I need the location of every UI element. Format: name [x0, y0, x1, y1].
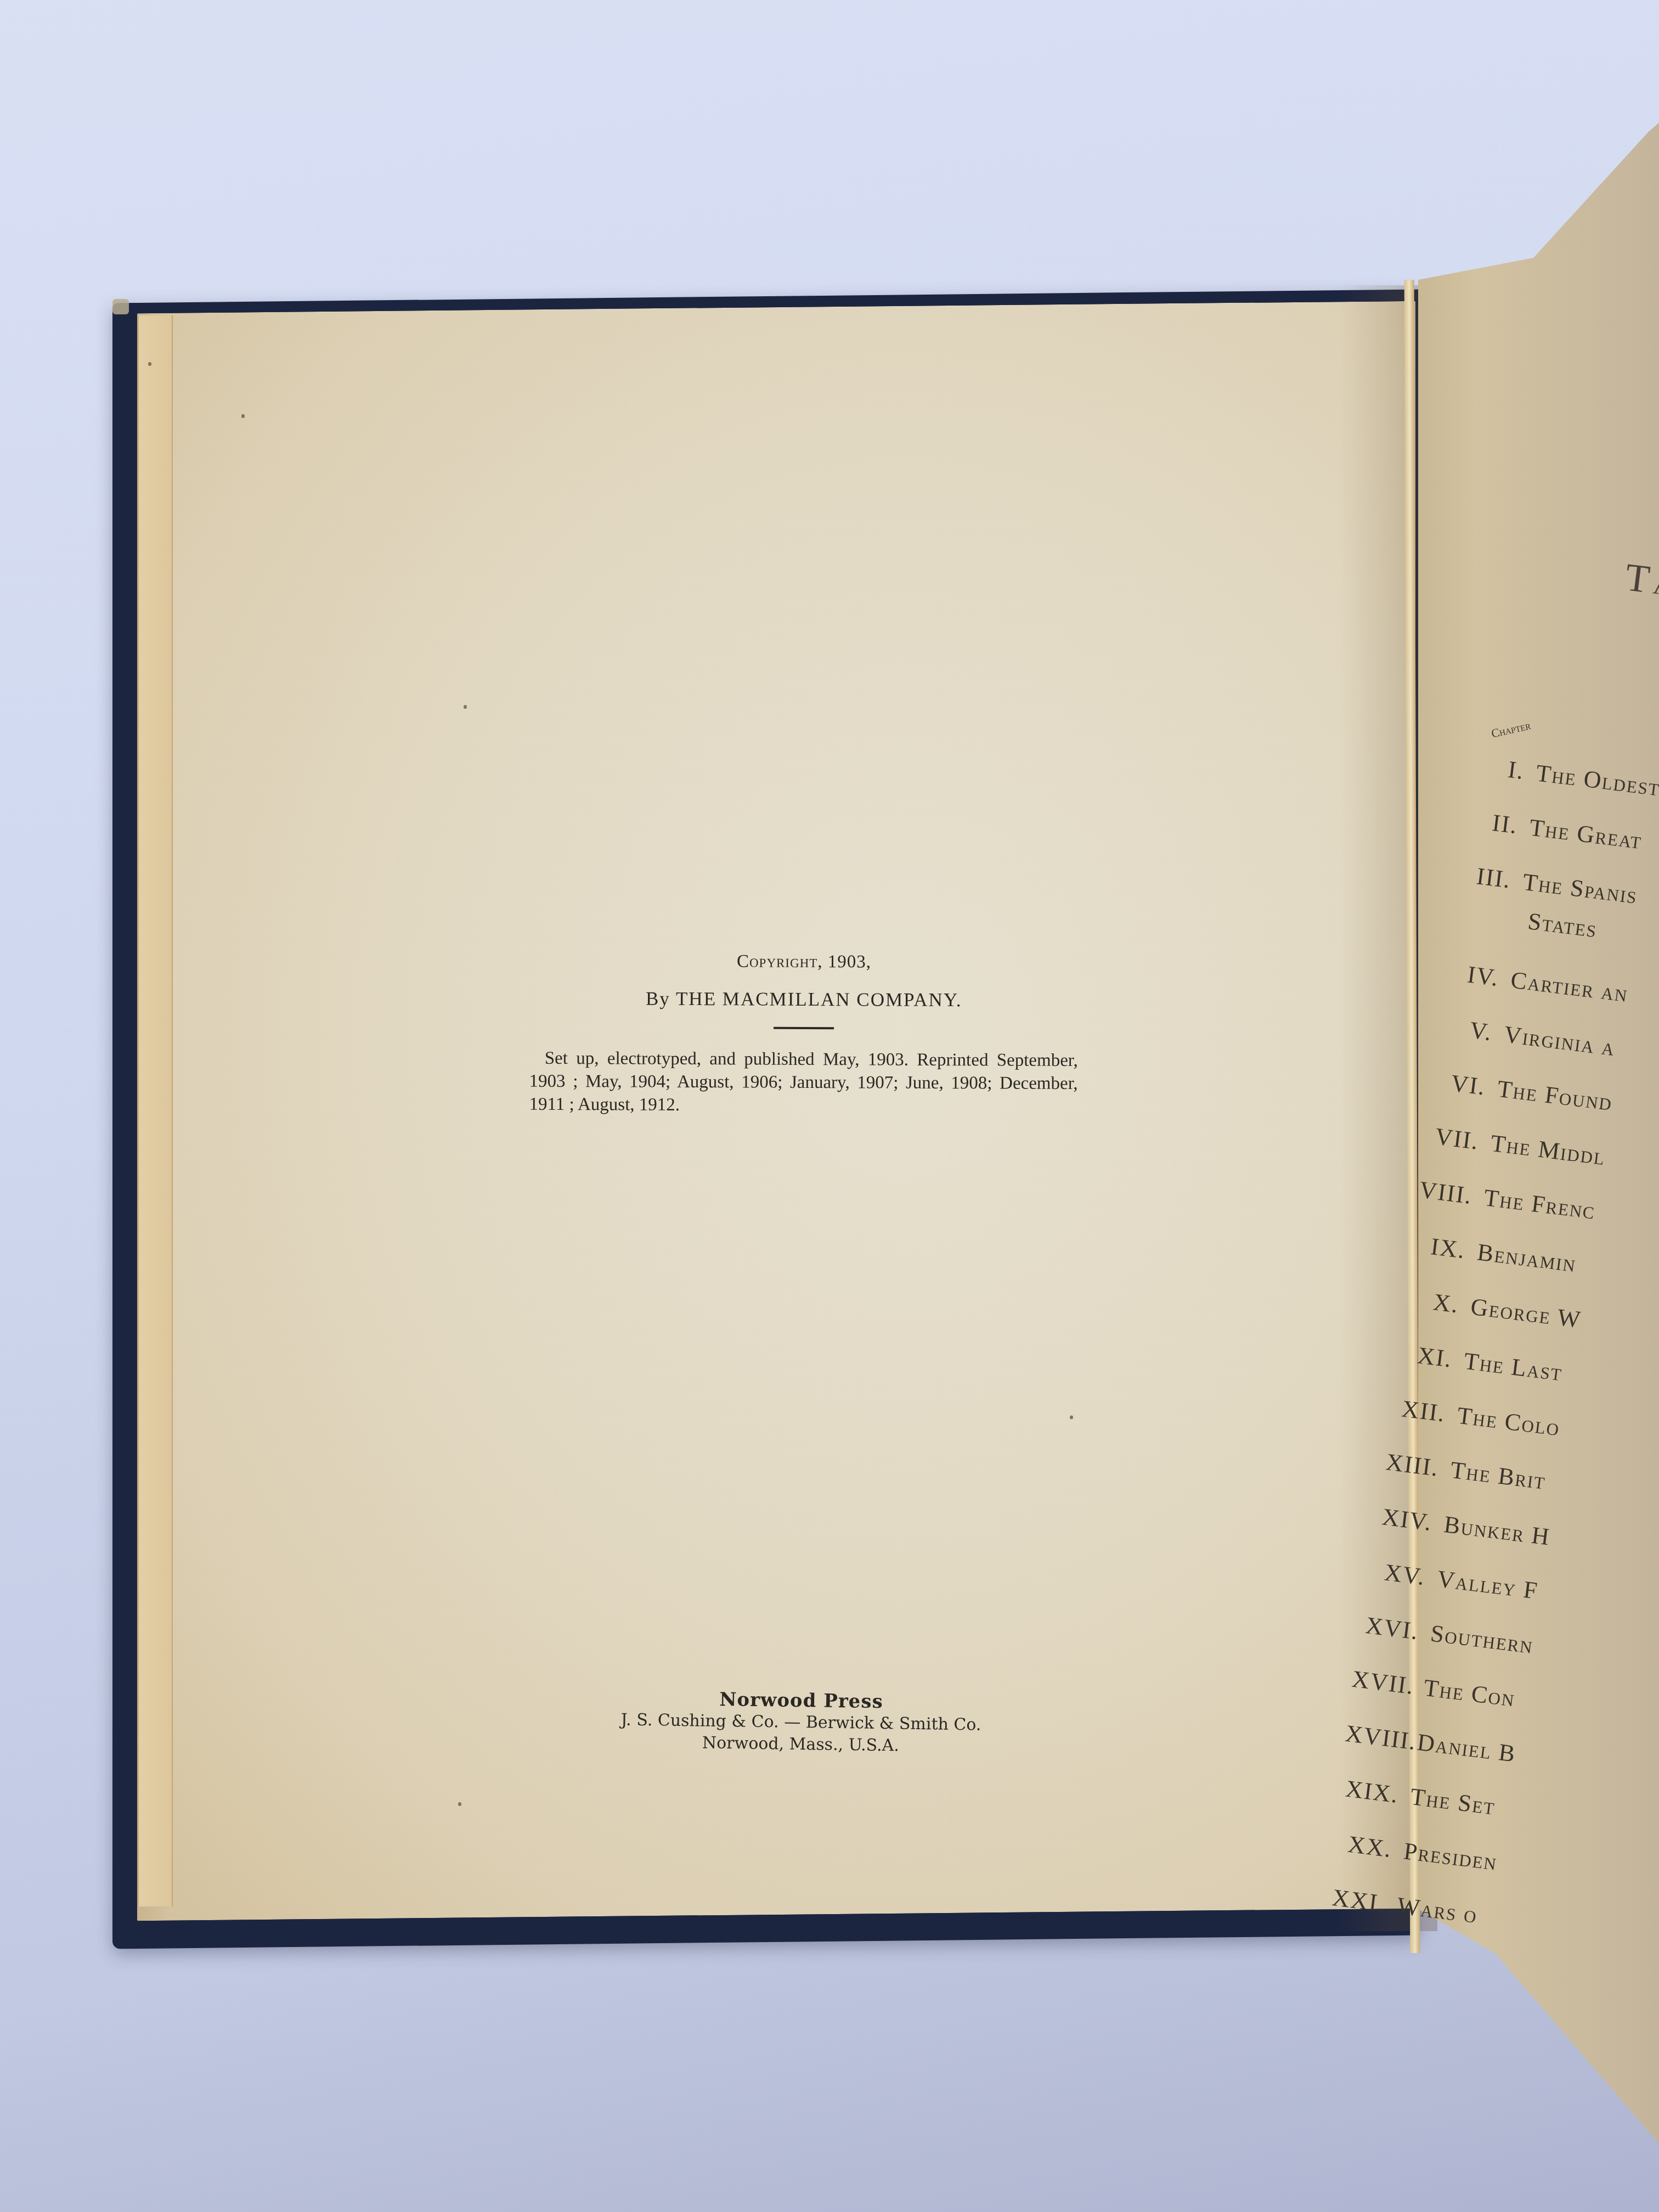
copyright-notice: Copyright, 1903, By THE MACMILLAN COMPAN…: [515, 951, 1092, 1119]
paper-speck: [458, 1802, 461, 1806]
toc-title: Ta: [1623, 554, 1659, 606]
page-edges: [137, 315, 173, 1907]
publisher-line: By THE MACMILLAN COMPANY.: [516, 988, 1092, 1012]
paper-speck: [241, 414, 245, 418]
divider-rule: [774, 1027, 834, 1029]
copyright-line: Copyright, 1903,: [516, 951, 1092, 974]
cover-corner-wear: [112, 299, 129, 314]
printer-imprint: Norwood Press J. S. Cushing & Co. — Berw…: [592, 1687, 1010, 1759]
printing-history: Set up, electrotyped, and published May,…: [529, 1047, 1078, 1118]
paper-speck: [148, 362, 151, 366]
paper-speck: [464, 705, 467, 709]
paper-speck: [1070, 1415, 1073, 1419]
